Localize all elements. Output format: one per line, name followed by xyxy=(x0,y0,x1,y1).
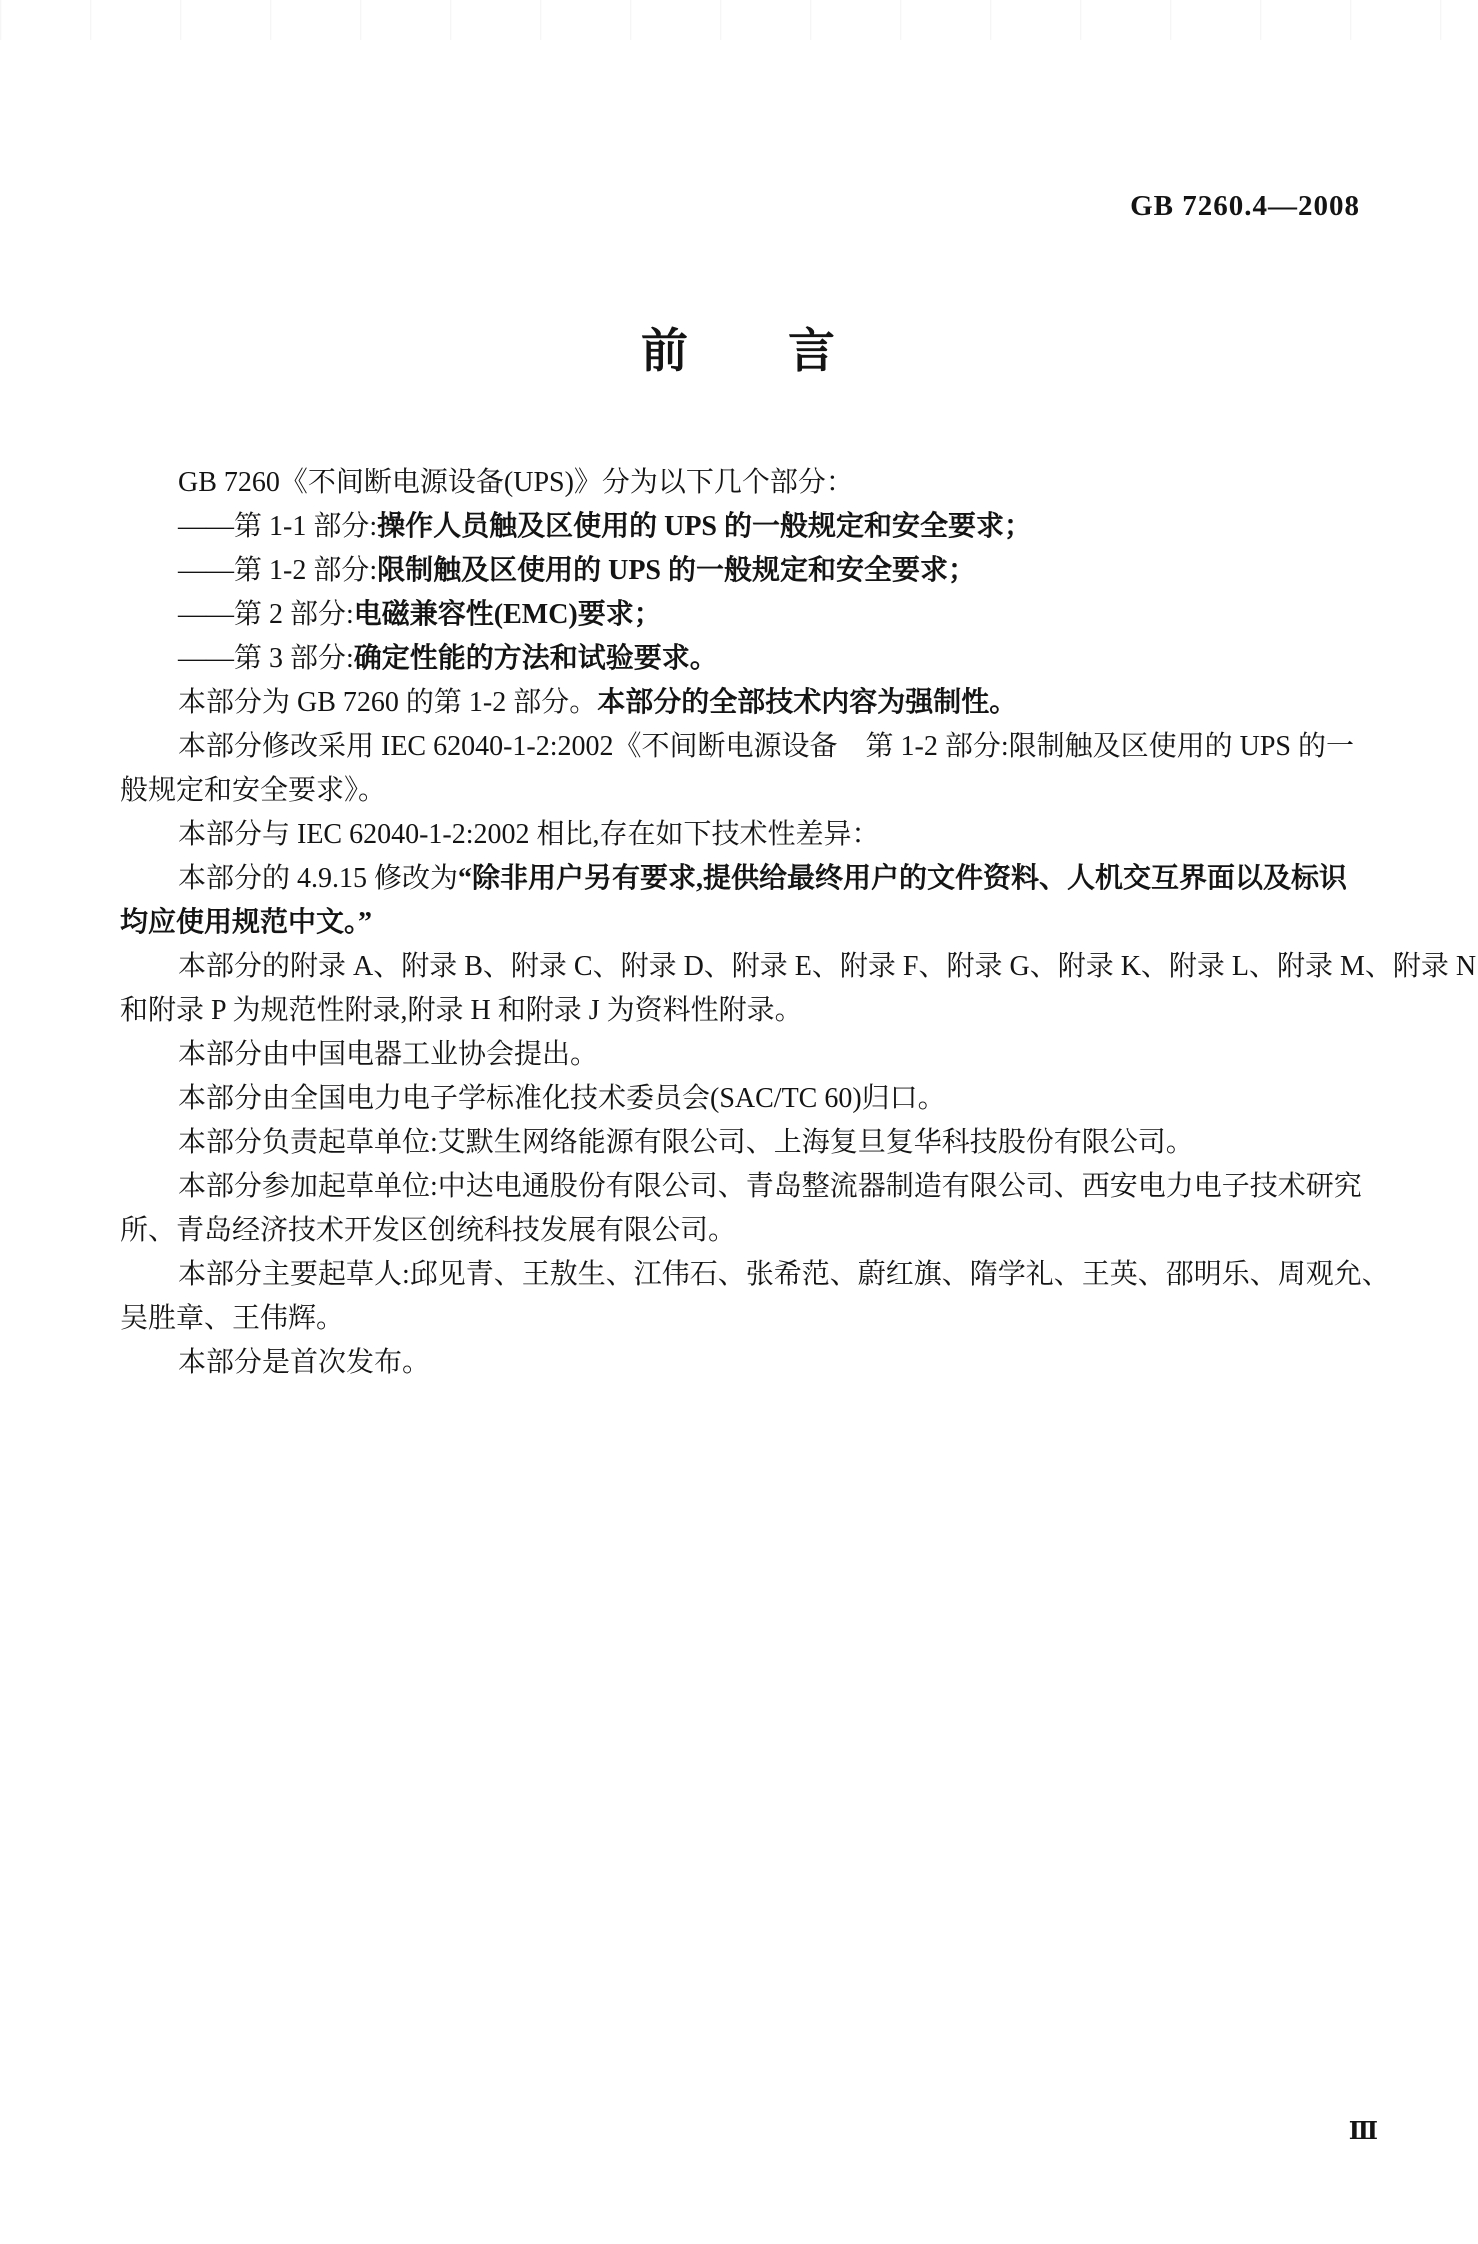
text-segment: ——第 2 部分: xyxy=(178,599,354,630)
page-title: 前 言 xyxy=(0,314,1478,381)
text-line: 本部分是首次发布。 xyxy=(120,1341,1362,1385)
text-line: 本部分与 IEC 62040-1-2:2002 相比,存在如下技术性差异： xyxy=(120,813,1362,857)
text-segment: 本部分是首次发布。 xyxy=(178,1347,430,1378)
text-segment: 本部分主要起草人:邱见青、王敖生、江伟石、张希范、蔚红旗、隋学礼、王英、邵明乐、… xyxy=(178,1259,1390,1290)
text-line: 均应使用规范中文。” xyxy=(120,901,1362,945)
text-segment-bold: 均应使用规范中文。” xyxy=(120,907,372,938)
scan-artifact xyxy=(0,0,1478,40)
text-segment: 吴胜章、王伟辉。 xyxy=(120,1303,344,1334)
text-segment: ——第 3 部分: xyxy=(178,643,354,674)
text-line: 本部分由中国电器工业协会提出。 xyxy=(120,1033,1362,1077)
text-segment: 本部分与 IEC 62040-1-2:2002 相比,存在如下技术性差异： xyxy=(178,819,880,850)
text-line: 本部分修改采用 IEC 62040-1-2:2002《不间断电源设备 第 1-2… xyxy=(120,725,1362,769)
text-segment: 般规定和安全要求》。 xyxy=(120,775,386,806)
text-line: 本部分主要起草人:邱见青、王敖生、江伟石、张希范、蔚红旗、隋学礼、王英、邵明乐、… xyxy=(120,1253,1362,1297)
text-line: 和附录 P 为规范性附录,附录 H 和附录 J 为资料性附录。 xyxy=(120,989,1362,1033)
text-line: 本部分负责起草单位:艾默生网络能源有限公司、上海复旦复华科技股份有限公司。 xyxy=(120,1121,1362,1165)
text-line: ——第 1-1 部分:操作人员触及区使用的 UPS 的一般规定和安全要求； xyxy=(120,505,1362,549)
text-line: ——第 1-2 部分:限制触及区使用的 UPS 的一般规定和安全要求； xyxy=(120,549,1362,593)
text-segment: 本部分为 GB 7260 的第 1-2 部分。 xyxy=(178,687,597,718)
text-line: 般规定和安全要求》。 xyxy=(120,769,1362,813)
text-line: ——第 3 部分:确定性能的方法和试验要求。 xyxy=(120,637,1362,681)
text-segment: ——第 1-1 部分: xyxy=(178,511,377,542)
standard-code: GB 7260.4—2008 xyxy=(1130,190,1360,223)
text-segment-bold: 本部分的全部技术内容为强制性。 xyxy=(597,687,1017,718)
text-line: 本部分的 4.9.15 修改为“除非用户另有要求,提供给最终用户的文件资料、人机… xyxy=(120,857,1362,901)
document-body: GB 7260《不间断电源设备(UPS)》分为以下几个部分：——第 1-1 部分… xyxy=(120,461,1362,1385)
text-line: 本部分为 GB 7260 的第 1-2 部分。本部分的全部技术内容为强制性。 xyxy=(120,681,1362,725)
text-segment-bold: 确定性能的方法和试验要求。 xyxy=(354,643,718,674)
text-line: 本部分的附录 A、附录 B、附录 C、附录 D、附录 E、附录 F、附录 G、附… xyxy=(120,945,1362,989)
document-page: GB 7260.4—2008 前 言 GB 7260《不间断电源设备(UPS)》… xyxy=(0,0,1478,2244)
text-segment: 本部分负责起草单位:艾默生网络能源有限公司、上海复旦复华科技股份有限公司。 xyxy=(178,1127,1194,1158)
text-line: 本部分参加起草单位:中达电通股份有限公司、青岛整流器制造有限公司、西安电力电子技… xyxy=(120,1165,1362,1209)
text-segment-bold: 操作人员触及区使用的 UPS 的一般规定和安全要求； xyxy=(377,511,1032,542)
text-line: GB 7260《不间断电源设备(UPS)》分为以下几个部分： xyxy=(120,461,1362,505)
text-segment: 本部分由全国电力电子学标准化技术委员会(SAC/TC 60)归口。 xyxy=(178,1083,946,1114)
text-segment: GB 7260《不间断电源设备(UPS)》分为以下几个部分： xyxy=(178,467,854,498)
text-line: ——第 2 部分:电磁兼容性(EMC)要求； xyxy=(120,593,1362,637)
text-segment-bold: “除非用户另有要求,提供给最终用户的文件资料、人机交互界面以及标识 xyxy=(458,863,1347,894)
text-line: 本部分由全国电力电子学标准化技术委员会(SAC/TC 60)归口。 xyxy=(120,1077,1362,1121)
text-segment: 本部分由中国电器工业协会提出。 xyxy=(178,1039,598,1070)
text-line: 所、青岛经济技术开发区创统科技发展有限公司。 xyxy=(120,1209,1362,1253)
text-segment: 本部分的附录 A、附录 B、附录 C、附录 D、附录 E、附录 F、附录 G、附… xyxy=(178,951,1476,982)
text-segment: ——第 1-2 部分: xyxy=(178,555,377,586)
page-number: Ⅲ xyxy=(1349,2116,1378,2146)
text-segment: 本部分的 4.9.15 修改为 xyxy=(178,863,458,894)
text-segment: 和附录 P 为规范性附录,附录 H 和附录 J 为资料性附录。 xyxy=(120,995,803,1026)
text-segment-bold: 电磁兼容性(EMC)要求； xyxy=(354,599,662,630)
text-segment-bold: 限制触及区使用的 UPS 的一般规定和安全要求； xyxy=(377,555,976,586)
text-segment: 所、青岛经济技术开发区创统科技发展有限公司。 xyxy=(120,1215,736,1246)
text-segment: 本部分参加起草单位:中达电通股份有限公司、青岛整流器制造有限公司、西安电力电子技… xyxy=(178,1171,1362,1202)
text-segment: 本部分修改采用 IEC 62040-1-2:2002《不间断电源设备 第 1-2… xyxy=(178,731,1354,762)
text-line: 吴胜章、王伟辉。 xyxy=(120,1297,1362,1341)
